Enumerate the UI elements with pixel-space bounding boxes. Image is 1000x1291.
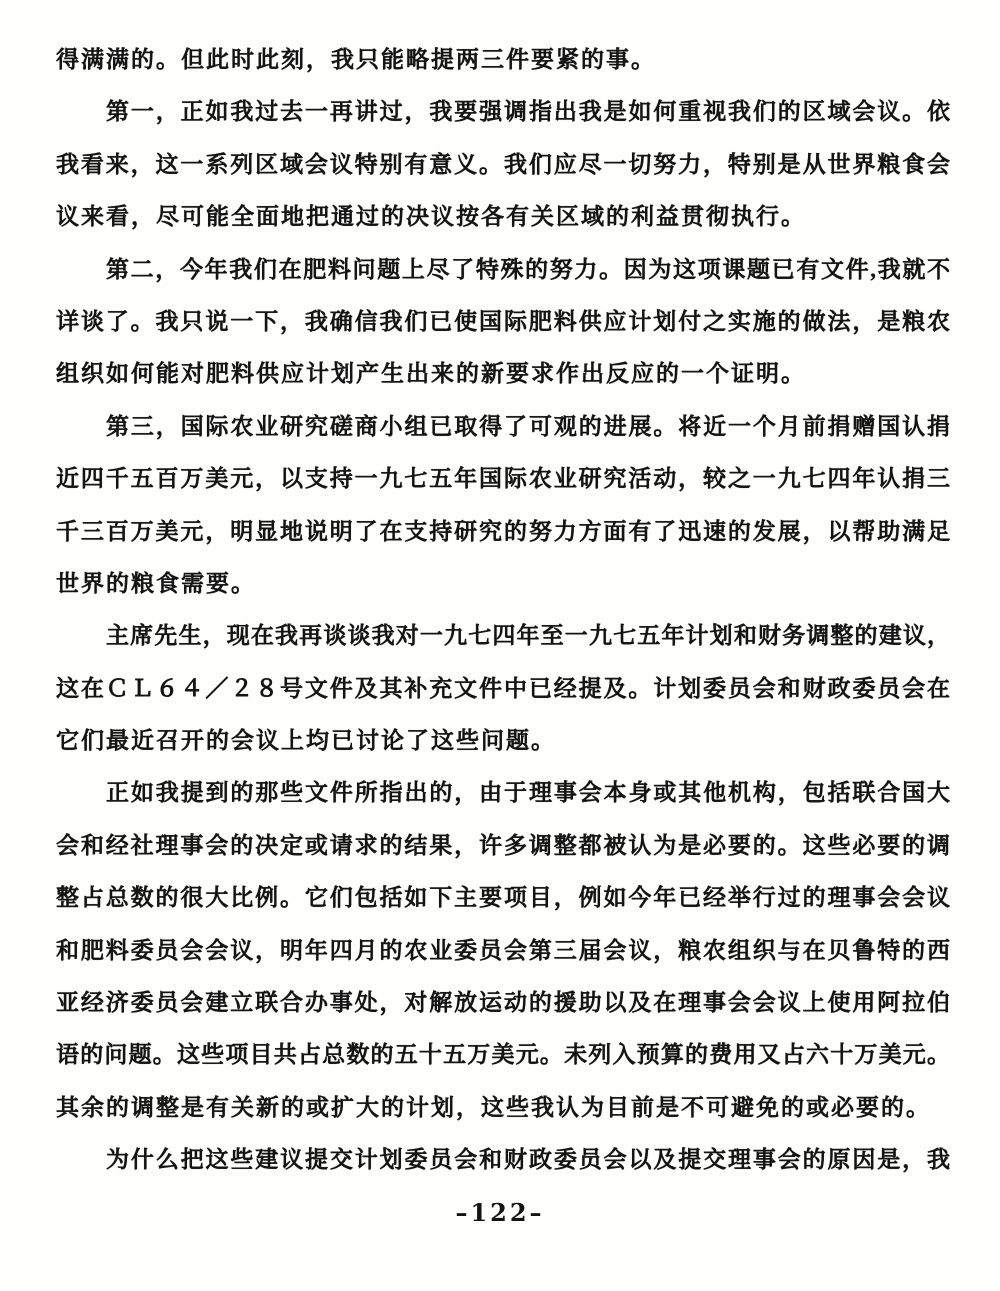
text-line: 会和经社理事会的决定或请求的结果，许多调整都被认为是必要的。这些必要的调: [56, 820, 950, 872]
text-line: 得满满的。但此时此刻，我只能略提两三件要紧的事。: [56, 34, 950, 86]
text-line: 组织如何能对肥料供应计划产生出来的新要求作出反应的一个证明。: [56, 348, 950, 400]
text-line: 近四千五百万美元，以支持一九七五年国际农业研究活动，较之一九七四年认捐三: [56, 453, 950, 505]
paragraph: 第一，正如我过去一再讲过，我要强调指出我是如何重视我们的区域会议。依 我看来，这…: [56, 86, 950, 243]
text-line: 亚经济委员会建立联合办事处，对解放运动的援助以及在理事会会议上使用阿拉伯: [56, 977, 950, 1029]
paragraph: 第二，今年我们在肥料问题上尽了特殊的努力。因为这项课题已有文件,我就不 详谈了。…: [56, 244, 950, 401]
paragraph: 得满满的。但此时此刻，我只能略提两三件要紧的事。: [56, 34, 950, 86]
text-line: 和肥料委员会会议，明年四月的农业委员会第三届会议，粮农组织与在贝鲁特的西: [56, 925, 950, 977]
text-line: 整占总数的很大比例。它们包括如下主要项目，例如今年已经举行过的理事会会议: [56, 872, 950, 924]
text-line: 这在ＣＬ６４／２８号文件及其补充文件中已经提及。计划委员会和财政委员会在: [56, 663, 950, 715]
text-line: 我看来，这一系列区域会议特别有意义。我们应尽一切努力，特别是从世界粮食会: [56, 139, 950, 191]
text-line: 世界的粮食需要。: [56, 558, 950, 610]
text-line: 语的问题。这些项目共占总数的五十五万美元。未列入预算的费用又占六十万美元。: [56, 1029, 950, 1081]
text-line: 第三，国际农业研究磋商小组已取得了可观的进展。将近一个月前捐赠国认捐: [56, 401, 950, 453]
body-text: 得满满的。但此时此刻，我只能略提两三件要紧的事。 第一，正如我过去一再讲过，我要…: [56, 34, 950, 1187]
document-page: 得满满的。但此时此刻，我只能略提两三件要紧的事。 第一，正如我过去一再讲过，我要…: [0, 0, 1000, 1291]
page-number: –122–: [0, 1198, 1000, 1227]
text-line: 为什么把这些建议提交计划委员会和财政委员会以及提交理事会的原因是，我: [56, 1134, 950, 1186]
text-line: 主席先生，现在我再谈谈我对一九七四年至一九七五年计划和财务调整的建议，: [56, 610, 950, 662]
text-line: 议来看，尽可能全面地把通过的决议按各有关区域的利益贯彻执行。: [56, 191, 950, 243]
text-line: 其余的调整是有关新的或扩大的计划，这些我认为目前是不可避免的或必要的。: [56, 1082, 950, 1134]
text-line: 第一，正如我过去一再讲过，我要强调指出我是如何重视我们的区域会议。依: [56, 86, 950, 138]
text-line: 正如我提到的那些文件所指出的，由于理事会本身或其他机构，包括联合国大: [56, 767, 950, 819]
text-line: 千三百万美元，明显地说明了在支持研究的努力方面有了迅速的发展，以帮助满足: [56, 506, 950, 558]
paragraph: 为什么把这些建议提交计划委员会和财政委员会以及提交理事会的原因是，我: [56, 1134, 950, 1186]
text-line: 第二，今年我们在肥料问题上尽了特殊的努力。因为这项课题已有文件,我就不: [56, 244, 950, 296]
paragraph: 正如我提到的那些文件所指出的，由于理事会本身或其他机构，包括联合国大 会和经社理…: [56, 767, 950, 1134]
text-line: 详谈了。我只说一下，我确信我们已使国际肥料供应计划付之实施的做法，是粮农: [56, 296, 950, 348]
paragraph: 第三，国际农业研究磋商小组已取得了可观的进展。将近一个月前捐赠国认捐 近四千五百…: [56, 401, 950, 611]
paragraph: 主席先生，现在我再谈谈我对一九七四年至一九七五年计划和财务调整的建议， 这在ＣＬ…: [56, 610, 950, 767]
text-line: 它们最近召开的会议上均已讨论了这些问题。: [56, 715, 950, 767]
